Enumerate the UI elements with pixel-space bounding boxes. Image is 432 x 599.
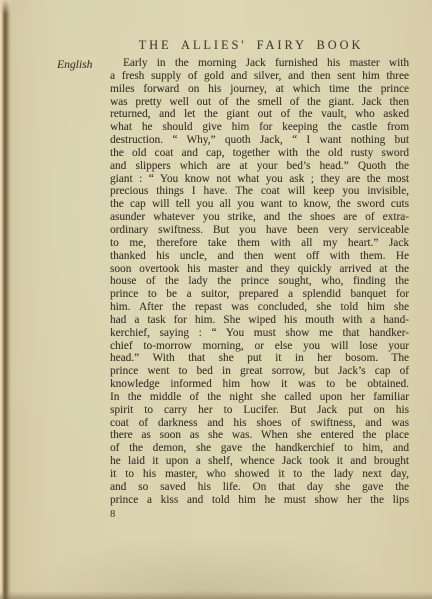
body-line: the cap will tell you all you want to kn… <box>110 198 409 211</box>
body-line: house of the lady the prince sought, who… <box>110 275 409 288</box>
body-line: kerchief, saying : “ You must show me th… <box>110 327 409 340</box>
body-line: prince to be a suitor, prepared a splend… <box>110 288 409 301</box>
body-line: of the demon, she gave the handkerchief … <box>110 442 409 455</box>
page-number: 8 <box>110 509 115 520</box>
body-line: miles forward on his journey, at which t… <box>110 83 409 96</box>
body-line: coat of darkness and his shoes of swiftn… <box>110 417 409 430</box>
body-line: and slippers which are at your bed’s hea… <box>110 160 409 173</box>
body-line: the old coat and cap, together with the … <box>110 147 409 160</box>
body-line: what he should give him for keeping the … <box>110 121 409 134</box>
body-line: had a task for him. She wiped his mouth … <box>110 314 409 327</box>
body-line: In the middle of the night she called up… <box>110 391 409 404</box>
book-page-photo: THE ALLIES' FAIRY BOOK English Early in … <box>0 0 432 599</box>
body-line: thanked his uncle, and then went off wit… <box>110 250 409 263</box>
body-line: him. After the repast was concluded, she… <box>110 301 409 314</box>
page-bottom-edge <box>0 591 432 599</box>
body-line: was pretty well out of the smell of the … <box>110 96 409 109</box>
body-line: a fresh supply of gold and silver, and t… <box>110 70 409 83</box>
body-line: ordinary swiftness. But you have been ve… <box>110 224 409 237</box>
body-line: he laid it upon a shelf, whence Jack too… <box>110 455 409 468</box>
body-line: to me, therefore take them with all my h… <box>110 237 409 250</box>
body-line: knowledge informed him how it was to be … <box>110 378 409 391</box>
body-line: prince a kiss and told him he must show … <box>110 494 409 507</box>
body-line: chief to-morrow morning, or else you wil… <box>110 340 409 353</box>
body-line: it to his master, who showed it to the l… <box>110 468 409 481</box>
body-text: Early in the morning Jack furnished his … <box>110 57 409 507</box>
body-line: prince went to bed in great sorrow, but … <box>110 365 409 378</box>
body-line: destruction. “ Why,” quoth Jack, “ I wan… <box>110 134 409 147</box>
body-line: head.” With that she put it in her bosom… <box>110 352 409 365</box>
binding-edge <box>0 0 11 599</box>
body-line: soon overtook his master and they quickl… <box>110 263 409 276</box>
body-line: giant : “ You know not what you ask ; th… <box>110 173 409 186</box>
margin-note-language: English <box>57 58 92 71</box>
running-head: THE ALLIES' FAIRY BOOK <box>110 38 392 53</box>
body-line: spirit to carry her to Lucifer. But Jack… <box>110 404 409 417</box>
body-line: precious things I have. The coat will ke… <box>110 185 409 198</box>
body-line: returned, and let the giant out of the v… <box>110 108 409 121</box>
body-line: and so saved his life. On that day she g… <box>110 481 409 494</box>
body-line: Early in the morning Jack furnished his … <box>110 57 409 70</box>
body-line: there as soon as she was. When she enter… <box>110 429 409 442</box>
body-line: asunder whatever you strike, and the sho… <box>110 211 409 224</box>
